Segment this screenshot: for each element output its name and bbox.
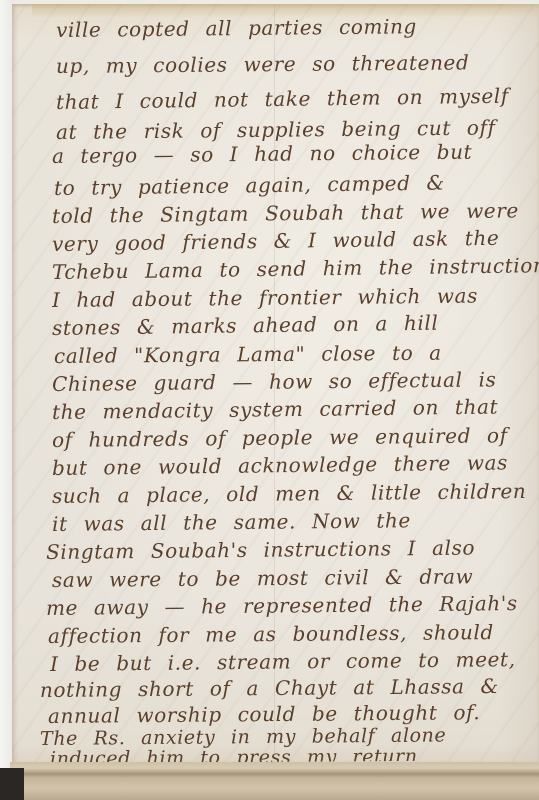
text-line: Chinese guard — how so effectual is — [52, 367, 497, 396]
text-line: that I could not take them on myself — [56, 84, 509, 114]
text-line: I had about the frontier which was — [52, 284, 478, 312]
book-binding-corner — [0, 768, 24, 800]
text-line: affection for me as boundless, should — [48, 620, 494, 648]
manuscript-viewport: ville copted all parties coming up, my c… — [0, 0, 539, 800]
handwritten-text-block: ville copted all parties coming up, my c… — [12, 4, 539, 764]
text-line: ville copted all parties coming — [56, 14, 417, 42]
text-line: it was all the same. Now the — [52, 508, 411, 536]
text-line: saw were to be most civil & draw — [52, 564, 473, 592]
text-line: but one would acknowledge there was — [52, 450, 508, 480]
text-line: the mendacity system carried on that — [52, 395, 498, 424]
text-line: to try patience again, camped & — [54, 171, 445, 200]
text-line: Singtam Soubah's instructions I also — [46, 536, 475, 564]
text-line: me away — he represented the Rajah's — [46, 591, 518, 620]
text-line: up, my coolies were so threatened — [56, 50, 470, 78]
text-line: Tchebu Lama to send him the instructions — [52, 253, 539, 284]
book-page-edge — [10, 762, 539, 800]
text-line: a tergo — so I had no choice but — [52, 140, 473, 168]
text-line: nothing short of a Chayt at Lhassa & — [40, 674, 499, 702]
text-line: told the Singtam Soubah that we were — [52, 198, 519, 228]
text-line: I be but i.e. stream or come to meet, — [50, 647, 516, 676]
manuscript-page: ville copted all parties coming up, my c… — [12, 4, 539, 764]
text-line: very good friends & I would ask the — [52, 226, 500, 256]
text-line: of hundreds of people we enquired of — [52, 423, 508, 452]
text-line: such a place, old men & little children — [52, 479, 527, 508]
text-line: stones & marks ahead on a hill — [52, 311, 439, 340]
text-line: called "Kongra Lama" close to a — [54, 341, 442, 368]
